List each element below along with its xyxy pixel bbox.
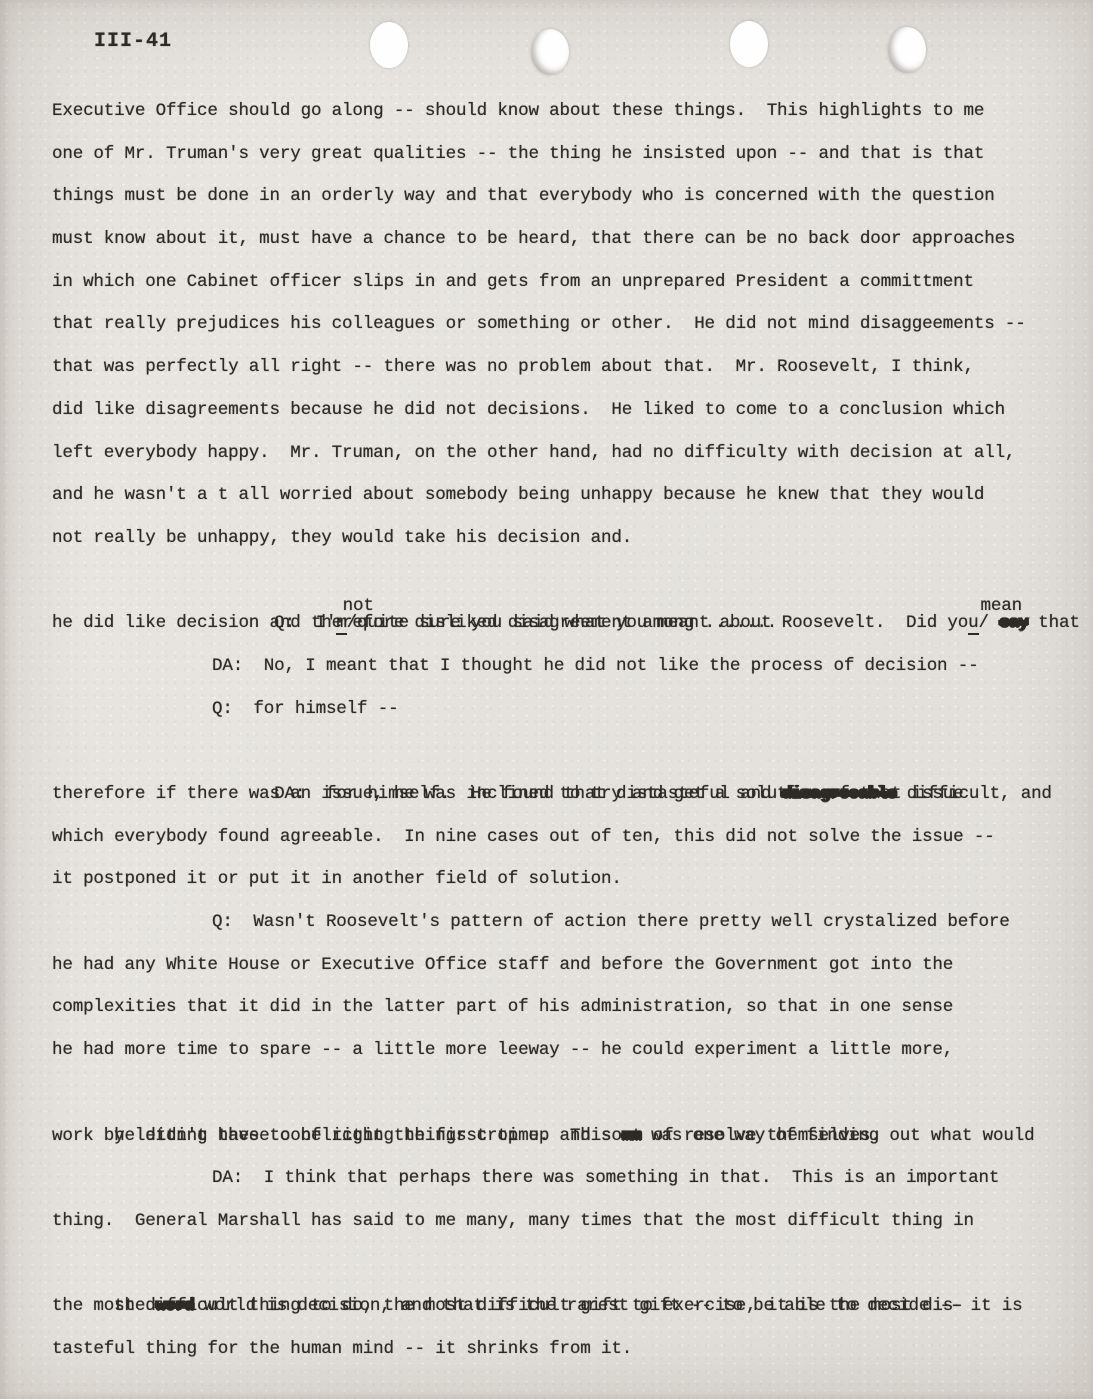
text-line: complexities that it did in the latter p…: [52, 986, 1065, 1029]
text-line: must know about it, must have a chance t…: [52, 218, 1065, 261]
text-line: not really be unhappy, they would take h…: [52, 517, 1065, 560]
text-line: left everybody happy. Mr. Truman, on the…: [52, 432, 1065, 475]
answer-line: DA: No, I meant that I thought he did no…: [52, 645, 1065, 688]
punch-hole: [370, 22, 408, 68]
question-line-with-corrections: Q: I'm/notquite sure you said what you m…: [52, 560, 1065, 603]
question-line: Q: for himself --: [52, 688, 1065, 731]
text-line: therefore if there was an issue, he was …: [52, 773, 1065, 816]
text-line: that was perfectly all right -- there wa…: [52, 346, 1065, 389]
text-line: things must be done in an orderly way an…: [52, 175, 1065, 218]
document-page: III-41 Executive Office should go along …: [0, 0, 1093, 1399]
text-line: it postponed it or put it in another fie…: [52, 858, 1065, 901]
text-line: he had any White House or Executive Offi…: [52, 944, 1065, 987]
text-line: he had more time to spare -- a little mo…: [52, 1029, 1065, 1072]
text-line: did like disagreements because he did no…: [52, 389, 1065, 432]
answer-line-with-correction: DA: for himself. He found that distastef…: [52, 730, 1065, 773]
text-line: and he wasn't a t all worried about some…: [52, 474, 1065, 517]
text-line-with-correction: he didn't have to be right the first tim…: [52, 1072, 1065, 1115]
text-line: in which one Cabinet officer slips in an…: [52, 261, 1065, 304]
text-line: Executive Office should go along -- shou…: [52, 90, 1065, 133]
page-number: III-41: [94, 30, 172, 53]
answer-line: DA: I think that perhaps there was somet…: [52, 1157, 1065, 1200]
text-line-with-correction: the word world is decision, and that is …: [52, 1243, 1065, 1286]
text-line: work by letting these conflicting things…: [52, 1115, 1065, 1158]
text-line: that really prejudices his colleagues or…: [52, 303, 1065, 346]
punch-hole: [730, 21, 768, 67]
text-line: thing. General Marshall has said to me m…: [52, 1200, 1065, 1243]
text-line: which everybody found agreeable. In nine…: [52, 816, 1065, 859]
text-line: the most difficult thing to do, the most…: [52, 1285, 1065, 1328]
punch-hole: [888, 27, 926, 73]
text-line: one of Mr. Truman's very great qualities…: [52, 133, 1065, 176]
punch-hole: [531, 29, 569, 75]
transcript-text: Executive Office should go along -- shou…: [52, 90, 1065, 1371]
question-line: Q: Wasn't Roosevelt's pattern of action …: [52, 901, 1065, 944]
text-line: he did like decision and therefore disli…: [52, 602, 1065, 645]
text-line: tasteful thing for the human mind -- it …: [52, 1328, 1065, 1371]
